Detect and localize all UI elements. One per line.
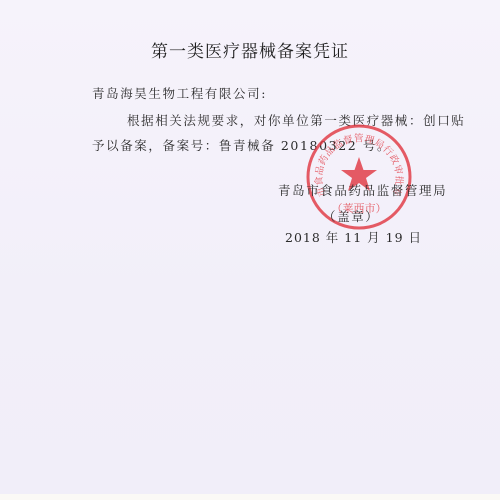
addressee: 青岛海昊生物工程有限公司: bbox=[92, 84, 267, 102]
seal-note: （盖章） bbox=[323, 207, 379, 225]
document-page: 第一类医疗器械备案凭证 青岛海昊生物工程有限公司: 根据相关法规要求，对你单位第… bbox=[0, 0, 500, 494]
scan-edge bbox=[0, 494, 500, 500]
issuing-authority: 青岛市食品药品监督管理局 bbox=[278, 181, 447, 199]
body-paragraph-line-1: 根据相关法规要求，对你单位第一类医疗器械：创口贴 bbox=[127, 111, 465, 129]
issue-date: 2018 年 11 月 19 日 bbox=[285, 228, 422, 246]
document-title: 第一类医疗器械备案凭证 bbox=[0, 37, 500, 62]
